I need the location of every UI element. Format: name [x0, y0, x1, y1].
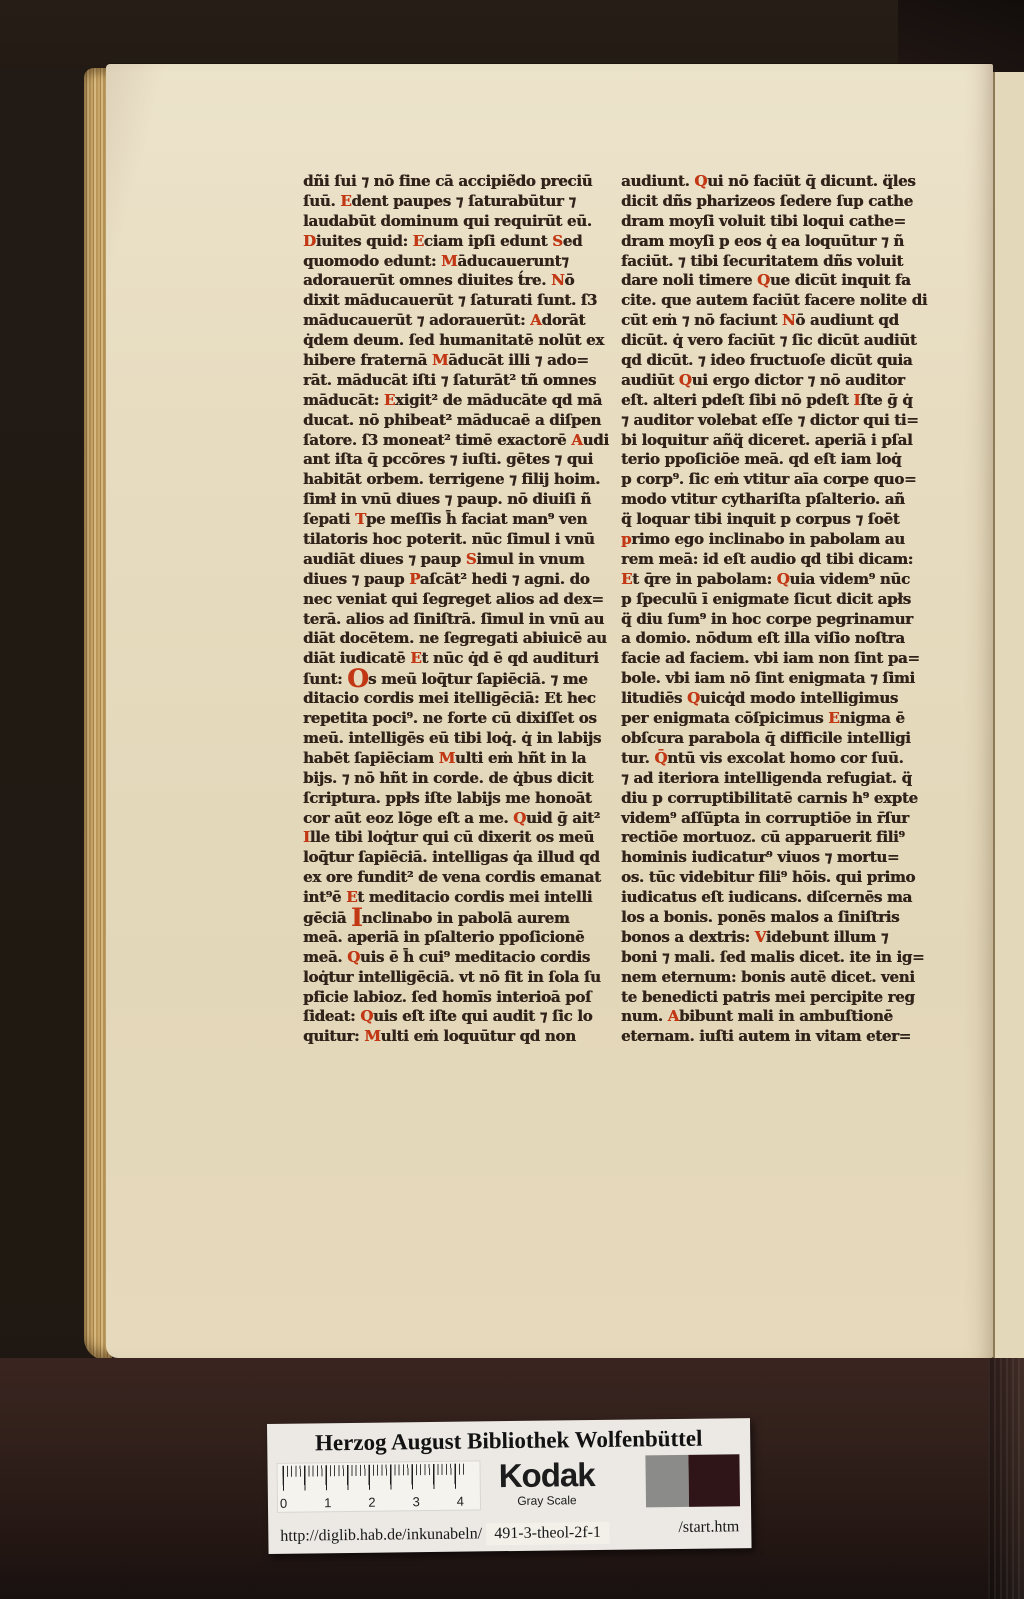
- text-line: loq̇tur intelligēciā. vt nō fit in ſola …: [303, 968, 603, 988]
- adjacent-page-edge: [993, 72, 1024, 1364]
- text-line: bole. vbi iam nō ſint enigmata ⁊ ſimi: [621, 669, 936, 689]
- text-line: adorauerūt omnes diuites t́re. Nō: [303, 271, 603, 291]
- text-line: tur. Q̄ntū vis excolat homo cor ſuū.: [621, 749, 936, 769]
- gray-scale-patch-dark: [688, 1454, 740, 1507]
- text-line: nec veniat qui ſegreget alios ad dex=: [303, 590, 603, 610]
- text-line: cor aūt eoz lōge eſt a me. Quid ḡ ait²: [303, 809, 603, 829]
- text-line: cite. que autem faciūt facere nolite di: [621, 291, 936, 311]
- text-line: audiunt. Qui nō faciūt q̄ dicunt. q̈les: [621, 172, 936, 192]
- text-line: dram moyſi p eos q̇ ea loquūtur ⁊ ñ: [621, 232, 936, 252]
- text-line: q̈ loquar tibi inquit p corpus ⁊ ſoēt: [621, 510, 936, 530]
- text-line: habēt ſapiēciam Multi eṁ hñt in la: [303, 749, 603, 769]
- text-line: hominis iudicatur⁹ viuos ⁊ mortu=: [621, 848, 936, 868]
- text-line: ⁊ ad iteriora intelligenda refugiat. q̈: [621, 769, 936, 789]
- ruler-number: 1: [324, 1495, 331, 1510]
- text-line: meā. Quis ē h̄ cui⁹ meditacio cordis: [303, 948, 603, 968]
- text-line: q̇dem deum. ſed humanitatē nolūt ex: [303, 331, 603, 351]
- text-line: ducat. nō phibeat² māducaē a diſpen: [303, 411, 603, 431]
- text-line: os. tūc videbitur fili⁹ hōis. qui primo: [621, 868, 936, 888]
- text-line: ſuū. Edent paupes ⁊ ſaturabūtur ⁊: [303, 192, 603, 212]
- text-line: ſcriptura. ppłs iſte labijs me honoāt: [303, 789, 603, 809]
- text-line: audiāt diues ⁊ paup Simul in vnum: [303, 550, 603, 570]
- text-line: litudiēs Quicq̇d modo intelligimus: [621, 689, 936, 709]
- text-line: pficie labioz. ſed homīs interioā poſ: [303, 988, 603, 1008]
- text-line: dixit māducauerūt ⁊ ſaturati ſunt. ſ3: [303, 291, 603, 311]
- library-name: Herzog August Bibliothek Wolfenbüttel: [267, 1418, 750, 1457]
- text-line: dñi ſui ⁊ nō fine cā accipiẽdo preciū: [303, 172, 603, 192]
- text-line: bi loquitur añq̈ diceret. aperiā i pſal: [621, 431, 936, 451]
- text-line: ſimł in vnū diues ⁊ paup. nō diuiſi ñ: [303, 490, 603, 510]
- text-line: rāt. māducāt iſti ⁊ ſaturāt² tñ omnes: [303, 371, 603, 391]
- text-line: per enigmata cōſpicimus Enigma ē: [621, 709, 936, 729]
- text-line: a domio. nōdum eſt illa viſio noſtra: [621, 629, 936, 649]
- text-line: eſt. alteri pdeſt ſibi nō pdeſt Iſte ḡ q…: [621, 391, 936, 411]
- text-line: p corp⁹. ſic eṁ vtitur aīa corpe quo=: [621, 470, 936, 490]
- text-line: audiūt Qui ergo dictor ⁊ nō auditor: [621, 371, 936, 391]
- text-line: faciūt. ⁊ tibi ſecuritatem dñs voluit: [621, 252, 936, 272]
- kodak-logo-text: Kodak: [483, 1458, 609, 1494]
- text-line: tilatoris hoc poterit. nūc ſimul i vnū: [303, 530, 603, 550]
- ruler: 0 1 2 3 4: [277, 1461, 480, 1511]
- text-line: hibere fraternā Māducāt illi ⁊ ado=: [303, 351, 603, 371]
- text-line: ſatore. ſ3 moneat² timē exactorē Audi: [303, 431, 603, 451]
- text-line: obſcura parabola q̄ difficile intelligi: [621, 729, 936, 749]
- text-line: ant iſta q̄ pccōres ⁊ iuſti. gētes ⁊ qui: [303, 450, 603, 470]
- kodak-mark: Kodak Gray Scale: [483, 1458, 610, 1509]
- text-line: qd dicūt. ⁊ ideo fructuoſe dicūt quia: [621, 351, 936, 371]
- text-line: int⁹ē Et meditacio cordis mei intelli: [303, 888, 603, 908]
- text-line: laudabūt dominum qui requirūt eū.: [303, 212, 603, 232]
- text-line: diues ⁊ paup Paſcāt² hedi ⁊ agni. do: [303, 570, 603, 590]
- text-line: eternam. iuſti autem in vitam eter=: [621, 1027, 936, 1047]
- text-line: ſunt: Os meū loq̄tur ſapiēciā. ⁊ me: [303, 669, 603, 689]
- text-line: num. Abibunt mali in ambuſtionē: [621, 1007, 936, 1027]
- text-line: māducāt: Exigit² de māducāte qd mā: [303, 391, 603, 411]
- text-line: Ille tibi loq̇tur qui cū dixerit os meū: [303, 828, 603, 848]
- text-line: q̈ diu ſum⁹ in hoc corpe pegrinamur: [621, 610, 936, 630]
- text-line: dicūt. q̇ vero faciūt ⁊ ſic dicūt audiūt: [621, 331, 936, 351]
- text-line: quitur: Multi eṁ loquūtur qd non: [303, 1027, 603, 1047]
- text-line: loq̄tur ſapiēciā. intelligas q̇a illud q…: [303, 848, 603, 868]
- text-line: ſideat: Quis eſt iſte qui audit ⁊ ſic lo: [303, 1007, 603, 1027]
- ruler-numbers: 0 1 2 3 4: [280, 1494, 464, 1511]
- text-line: repetita poci⁹. ne forte cū dixiſſet os: [303, 709, 603, 729]
- text-line: videm⁹ aſſūpta in corruptiōe in r̄ſur: [621, 809, 936, 829]
- calibration-label: Herzog August Bibliothek Wolfenbüttel 0 …: [267, 1418, 752, 1554]
- text-line: gēciā Inclinabo in pabolā aurem: [303, 908, 603, 928]
- text-column-right: audiunt. Qui nō faciūt q̄ dicunt. q̈lesd…: [621, 172, 936, 1047]
- text-line: dicit dñs pharizeos ſedere ſup cathe: [621, 192, 936, 212]
- text-line: habitāt orbem. terrigene ⁊ filij hoim.: [303, 470, 603, 490]
- text-line: dare noli timere Que dicūt inquit fa: [621, 271, 936, 291]
- text-line: meū. intelligēs eū tibi loq̇. q̇ in labi…: [303, 729, 603, 749]
- text-line: quomodo edunt: Māducauerunt⁊: [303, 252, 603, 272]
- ruler-number: 4: [457, 1494, 464, 1509]
- text-line: iudicatus eſt iudicans. diſcernēs ma: [621, 888, 936, 908]
- text-line: ſepati Tpe meſſis h̄ faciat man⁹ ven: [303, 510, 603, 530]
- ruler-number: 2: [368, 1495, 375, 1510]
- text-line: rectiōe mortuoz. cū apparuerit fili⁹: [621, 828, 936, 848]
- text-line: ex ore fundit² de vena cordis emanat: [303, 868, 603, 888]
- text-line: los a bonis. ponēs malos a ſiniſtris: [621, 908, 936, 928]
- gray-scale-text: Gray Scale: [484, 1493, 610, 1509]
- text-line: primo ego inclinabo in pabolam au: [621, 530, 936, 550]
- shelfmark: 491-3-theol-2f-1: [486, 1522, 609, 1545]
- text-line: nem eternum: bonis autē dicet. veni: [621, 968, 936, 988]
- text-line: facie ad faciem. vbi iam non ſint pa=: [621, 649, 936, 669]
- start-page: /start.htm: [678, 1518, 739, 1537]
- text-line: Diuites quid: Eciam ipſi edunt Sed: [303, 232, 603, 252]
- text-line: bonos a dextris: Videbunt illum ⁊: [621, 928, 936, 948]
- text-line: p ſpeculū ī enigmate ſicut dicit apłs: [621, 590, 936, 610]
- spine-seam: [988, 1358, 1024, 1599]
- text-line: meā. aperiā in pſalterio ppoſicionē: [303, 928, 603, 948]
- text-line: terio ppoſiciōe meā. qd eſt iam loq̇: [621, 450, 936, 470]
- digitization-url: http://diglib.hab.de/inkunabeln/: [280, 1525, 482, 1545]
- text-line: cūt eṁ ⁊ nō faciunt Nō audiunt qd: [621, 311, 936, 331]
- text-line: diāt docētem. ne ſegregati abiuicē au: [303, 629, 603, 649]
- ruler-number: 0: [280, 1496, 287, 1511]
- ruler-number: 3: [412, 1494, 419, 1509]
- text-line: māducauerūt ⁊ adorauerūt: Adorāt: [303, 311, 603, 331]
- text-line: rem meā: id eſt audio qd tibi dicam:: [621, 550, 936, 570]
- text-line: terā. alios ad ſiniſtrā. ſimul in vnū au: [303, 610, 603, 630]
- text-line: boni ⁊ mali. ſed malis dicet. ite in ig=: [621, 948, 936, 968]
- label-bottom-row: http://diglib.hab.de/inkunabeln/ 491-3-t…: [268, 1518, 751, 1548]
- gray-scale-patch-light: [645, 1455, 689, 1508]
- text-line: dram moyſi voluit tibi loqui cathe=: [621, 212, 936, 232]
- text-line: ⁊ auditor volebat eſſe ⁊ dictor qui ti=: [621, 411, 936, 431]
- text-line: Et q̄re in pabolam: Quia videm⁹ nūc: [621, 570, 936, 590]
- text-line: diu p corruptibilitatē carnis h⁹ expte: [621, 789, 936, 809]
- text-line: ditacio cordis mei itelligēciā: Et hec: [303, 689, 603, 709]
- text-line: te benedicti patris mei percipite reg: [621, 988, 936, 1008]
- text-line: bijs. ⁊ nō hñt in corde. de q̇bus dicit: [303, 769, 603, 789]
- text-column-left: dñi ſui ⁊ nō fine cā accipiẽdo preciūſuū…: [303, 172, 603, 1047]
- text-line: modo vtitur cythariſta pſalterio. añ: [621, 490, 936, 510]
